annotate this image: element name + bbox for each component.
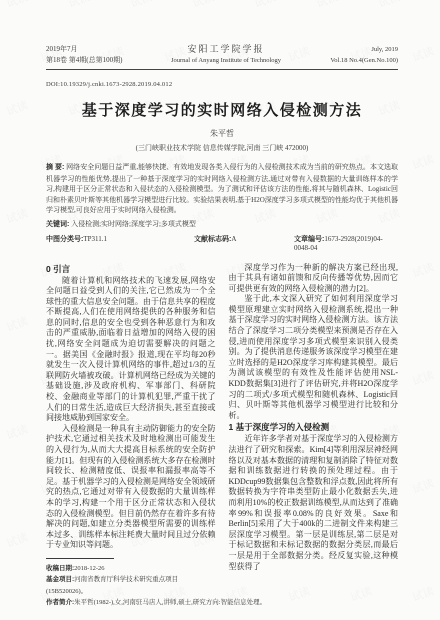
- journal-name-en: Journal of Anyang Institute of Technolog…: [154, 55, 298, 66]
- keywords-label: 关键词:: [46, 221, 69, 228]
- clc-value: TP311.1: [83, 235, 107, 243]
- article-id-label: 文章编号:: [294, 236, 324, 243]
- paper-affiliation: (三门峡职业技术学院 信息传媒学院,河南 三门峡 472000): [46, 143, 398, 153]
- paragraph: 近年许多学者对基于深度学习的入侵检测方法进行了研究和探索。Kim[4]等利用深层…: [229, 434, 399, 572]
- section-heading-1: 1 基于深度学习的入侵检测: [229, 422, 399, 433]
- fund-label: 基金项目:: [46, 576, 74, 583]
- header-date-en: July, 2019: [298, 44, 398, 55]
- document-code-value: A: [231, 235, 236, 243]
- header-volume-en: Vol.18 No.4(Gen.No.100): [298, 55, 398, 66]
- article-id: 文章编号:1673-2928(2019)04-0048-04: [294, 234, 398, 252]
- author-bio-label: 作者简介:: [46, 599, 74, 606]
- paper-title: 基于深度学习的实时网络入侵检测方法: [46, 99, 398, 120]
- footnotes: 收稿日期:2018-12-26 基金项目:河南省教育厅科学技术研究重点项目(15…: [46, 563, 216, 609]
- keywords-text: 入侵检测;实时网络;深度学习;多项式模型: [71, 220, 196, 228]
- header-issue-info: 2019年7月 第18卷 第4期(总第100期): [46, 44, 154, 66]
- footnote-divider: [46, 558, 114, 559]
- section-heading-0: 0 引言: [46, 264, 216, 275]
- footnote-fund: 基金项目:河南省教育厅科学技术研究重点项目(15B520026)。: [46, 574, 216, 597]
- paragraph: 随着计算机和网络技术的飞速发展,网络安全问题日益受到人们的关注,它已然成为一个全…: [46, 276, 216, 424]
- journal-header: 2019年7月 第18卷 第4期(总第100期) 安阳工学院学报 Journal…: [46, 44, 398, 66]
- classification-row: 中图分类号:TP311.1 文献标志码:A 文章编号:1673-2928(201…: [46, 234, 398, 252]
- document-code: 文献标志码:A: [194, 234, 294, 252]
- clc-label: 中图分类号:: [46, 236, 83, 243]
- footnote-author-bio: 作者简介:朱平哲(1982-),女,河南驻马店人,讲师,硕士,研究方向:智能信息…: [46, 597, 216, 609]
- page-content: 2019年7月 第18卷 第4期(总第100期) 安阳工学院学报 Journal…: [0, 0, 440, 609]
- header-volume-cn: 第18卷 第4期(总第100期): [46, 55, 154, 66]
- header-date-cn: 2019年7月: [46, 44, 154, 55]
- received-label: 收稿日期:: [46, 565, 74, 572]
- paragraph: 鉴于此,本文深入研究了如何利用深度学习模型原理建立实时网络入侵检测系统,提出一种…: [229, 294, 399, 421]
- header-divider: [46, 69, 398, 70]
- clc-number: 中图分类号:TP311.1: [46, 234, 194, 252]
- header-journal-name: 安阳工学院学报 Journal of Anyang Institute of T…: [154, 44, 298, 66]
- footnote-received: 收稿日期:2018-12-26: [46, 563, 216, 575]
- journal-page: 试读试读试读试读试读试读试读试读试读试读试读试读试读试读试读试读试读试读试读试读…: [0, 0, 440, 620]
- abstract-text: 网络安全问题日益严重,能够快捷、有效地发现各类入侵行为的入侵检测技术成为当前的研…: [46, 163, 398, 214]
- abstract: 摘 要: 网络安全问题日益严重,能够快捷、有效地发现各类入侵行为的入侵检测技术成…: [46, 162, 398, 216]
- doi: DOI:10.19329/j.cnki.1673-2928.2019.04.01…: [46, 81, 398, 88]
- received-value: 2018-12-26: [74, 565, 104, 572]
- paper-author: 朱平哲: [46, 128, 398, 139]
- journal-name-cn: 安阳工学院学报: [154, 44, 298, 55]
- paragraph: 深度学习作为一种新的解决方案已经出现,由于其具有诸如前馈和反向传播等优势,因而它…: [229, 263, 399, 295]
- paragraph: 入侵检测是一种具有主动防御能力的安全防护技术,它通过相关技术及时地检测出可能发生…: [46, 424, 216, 551]
- header-issue-info-en: July, 2019 Vol.18 No.4(Gen.No.100): [298, 44, 398, 66]
- right-column: 深度学习作为一种新的解决方案已经出现,由于其具有诸如前馈和反向传播等优势,因而它…: [229, 263, 399, 609]
- body-columns: 0 引言 随着计算机和网络技术的飞速发展,网络安全问题日益受到人们的关注,它已然…: [46, 263, 398, 609]
- abstract-label: 摘 要:: [46, 164, 64, 171]
- keywords: 关键词: 入侵检测;实时网络;深度学习;多项式模型: [46, 219, 398, 229]
- left-column: 0 引言 随着计算机和网络技术的飞速发展,网络安全问题日益受到人们的关注,它已然…: [46, 263, 216, 609]
- document-code-label: 文献标志码:: [194, 236, 231, 243]
